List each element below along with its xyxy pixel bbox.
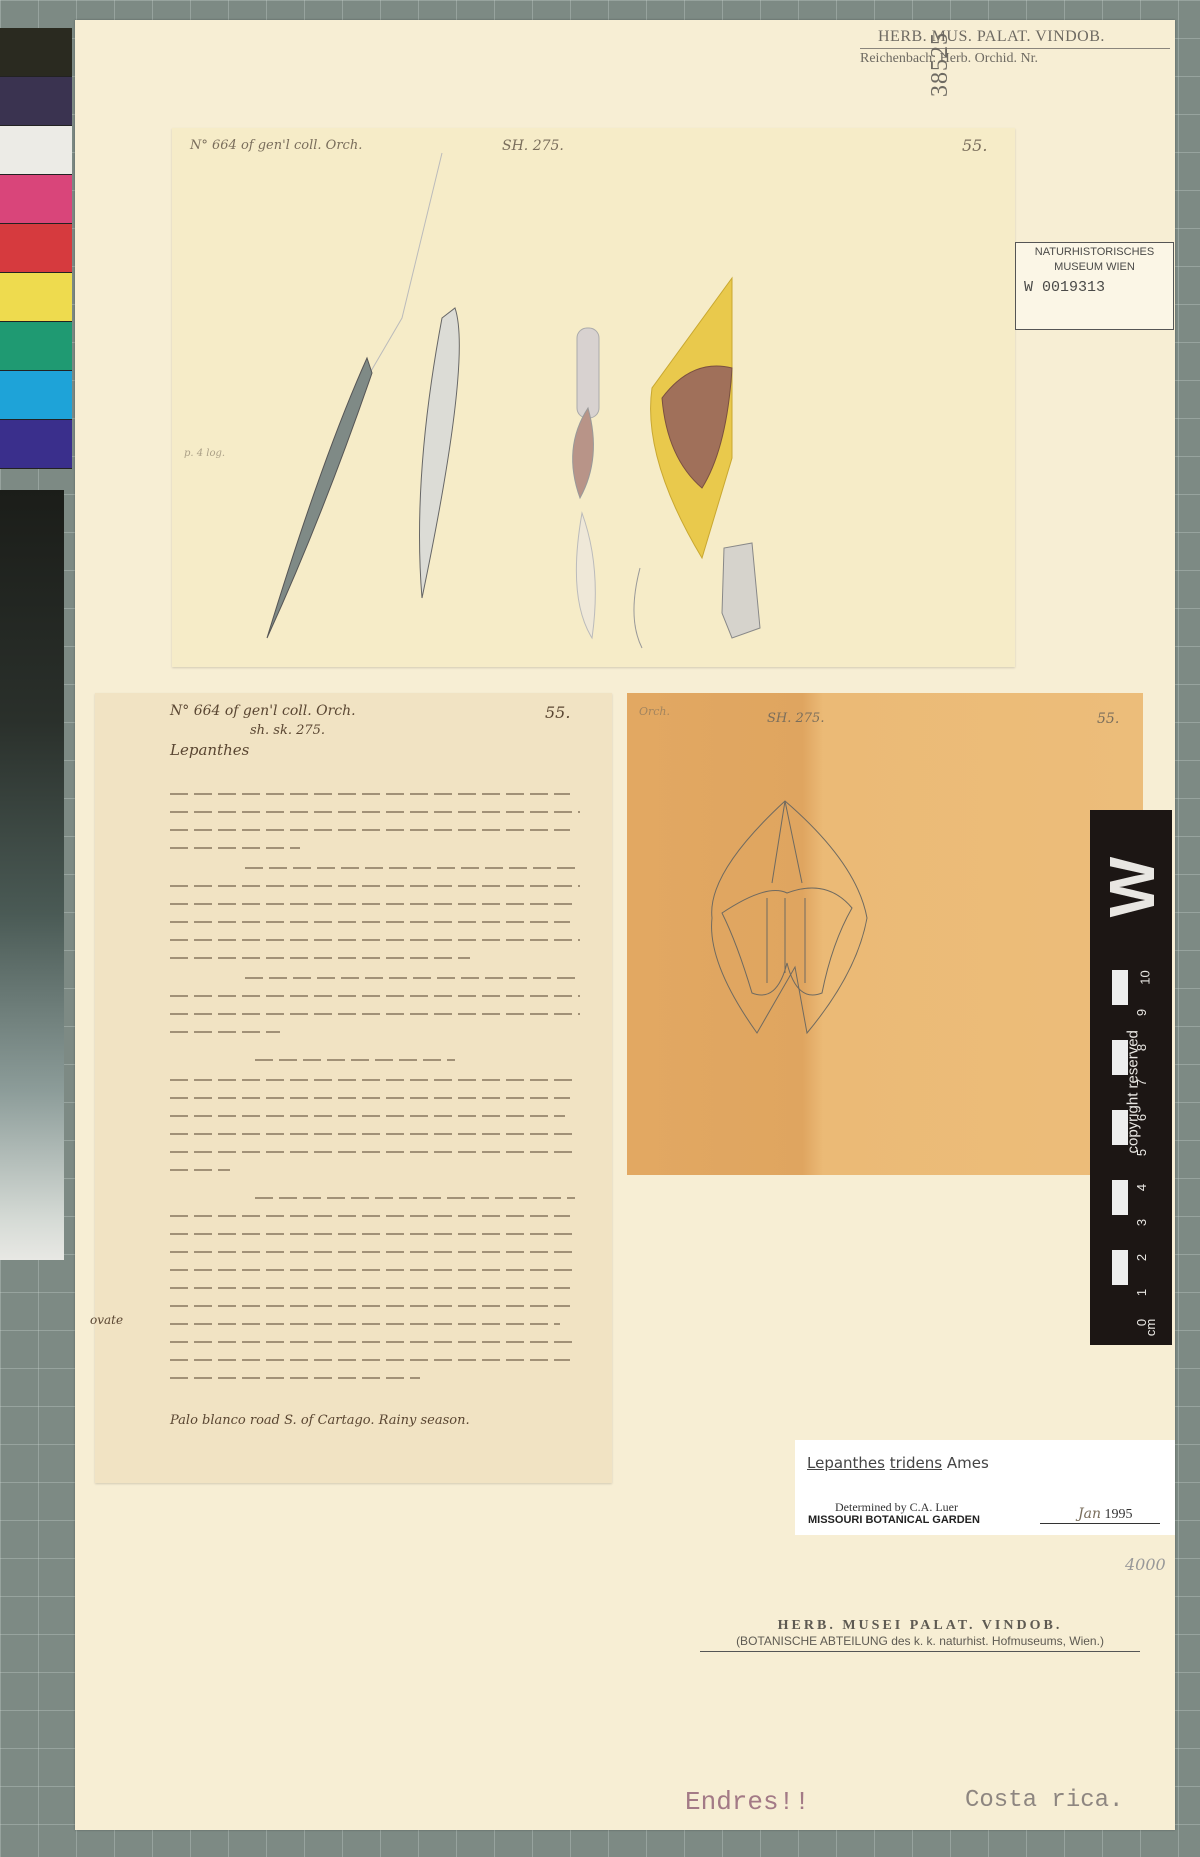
swatch-cyan — [0, 371, 72, 420]
determination-label: Lepanthes tridens Ames Determined by C.A… — [795, 1440, 1175, 1535]
handwritten-notes-sheet: N° 664 of gen'l coll. Orch. sh. sk. 275.… — [95, 693, 612, 1483]
tick-4: 4 — [1134, 1184, 1149, 1191]
header-stamp: HERB. MUS. PALAT. VINDOB. Reichenbach: H… — [860, 28, 1170, 67]
scale-logo-w: W — [1095, 857, 1169, 917]
scale-bar: W copyright reserved 10 9 8 7 6 5 4 3 2 … — [1090, 810, 1172, 1345]
swatch-magenta — [0, 175, 72, 224]
swatch-dark-purple — [0, 77, 72, 126]
notes-margin-note: ovate — [90, 1313, 123, 1327]
museum-barcode-stamp: NATURHISTORISCHES MUSEUM WIEN W 0019313 — [1015, 242, 1174, 330]
year-suffix: 95 — [1118, 1507, 1132, 1522]
scale-ticks: 10 9 8 7 6 5 4 3 2 1 0 — [1090, 970, 1134, 1340]
bottom-stamp-line1: HERB. MUSEI PALAT. VINDOB. — [700, 1618, 1140, 1634]
notes-header-right: 55. — [545, 703, 570, 722]
swatch-green — [0, 322, 72, 371]
tick-5: 5 — [1134, 1149, 1149, 1156]
grayscale-strip — [0, 490, 64, 1260]
year-prefix: 19 — [1104, 1507, 1118, 1522]
tick-1: 1 — [1134, 1289, 1149, 1296]
species: tridens — [890, 1454, 942, 1472]
swatch-black — [0, 28, 72, 77]
collector-stamp: Endres!! — [685, 1787, 810, 1817]
determined-by: Determined by C.A. Luer — [835, 1500, 958, 1515]
swatch-yellow — [0, 273, 72, 322]
tick-10: 10 — [1138, 970, 1153, 984]
tick-8: 8 — [1134, 1044, 1149, 1051]
tick-2: 2 — [1134, 1254, 1149, 1261]
tick-7: 7 — [1134, 1079, 1149, 1086]
museum-stamp-line1: NATURHISTORISCHES — [1016, 246, 1173, 258]
notes-locality-footer: Palo blanco road S. of Cartago. Rainy se… — [170, 1413, 470, 1428]
color-calibration-chart — [0, 28, 72, 469]
header-stamp-line1: HERB. MUS. PALAT. VINDOB. — [860, 28, 1170, 46]
author: Ames — [947, 1454, 989, 1472]
swatch-blue — [0, 420, 72, 469]
barcode-id: W 0019313 — [1024, 279, 1173, 296]
notes-genus: Lepanthes — [170, 741, 249, 759]
notes-header-left: N° 664 of gen'l coll. Orch. — [170, 703, 356, 719]
month: Jan — [1078, 1506, 1101, 1522]
notes-header-sub: sh. sk. 275. — [250, 723, 325, 738]
tick-9: 9 — [1134, 1009, 1149, 1016]
botanical-drawing: N° 664 of gen'l coll. Orch. SH. 275. 55.… — [172, 128, 1015, 667]
accession-number: 38525 — [927, 32, 954, 97]
pencil-sheet-number: 4000 — [1125, 1555, 1166, 1574]
orchid-illustration — [172, 128, 1015, 667]
species-name: Lepanthes tridens Ames — [807, 1454, 989, 1472]
institution: MISSOURI BOTANICAL GARDEN — [808, 1514, 980, 1526]
tick-3: 3 — [1134, 1219, 1149, 1226]
herbarium-stamp-bottom: HERB. MUSEI PALAT. VINDOB. (BOTANISCHE A… — [700, 1618, 1140, 1652]
determination-date: Jan 1995 — [1040, 1506, 1160, 1524]
swatch-red — [0, 224, 72, 273]
genus: Lepanthes — [807, 1454, 885, 1472]
bottom-stamp-line2: (BOTANISCHE ABTEILUNG des k. k. naturhis… — [700, 1634, 1140, 1652]
header-stamp-line2: Reichenbach: Herb. Orchid. Nr. 38525 — [860, 48, 1170, 67]
tracing-paper-sketch: Orch. SH. 275. 55. — [627, 693, 1143, 1175]
museum-stamp-line2: MUSEUM WIEN — [1016, 261, 1173, 273]
swatch-white — [0, 126, 72, 175]
tick-6: 6 — [1134, 1114, 1149, 1121]
scale-unit: cm — [1143, 1319, 1158, 1336]
flower-outline-drawing — [627, 693, 1143, 1175]
locality-stamp: Costa rica. — [965, 1787, 1123, 1814]
